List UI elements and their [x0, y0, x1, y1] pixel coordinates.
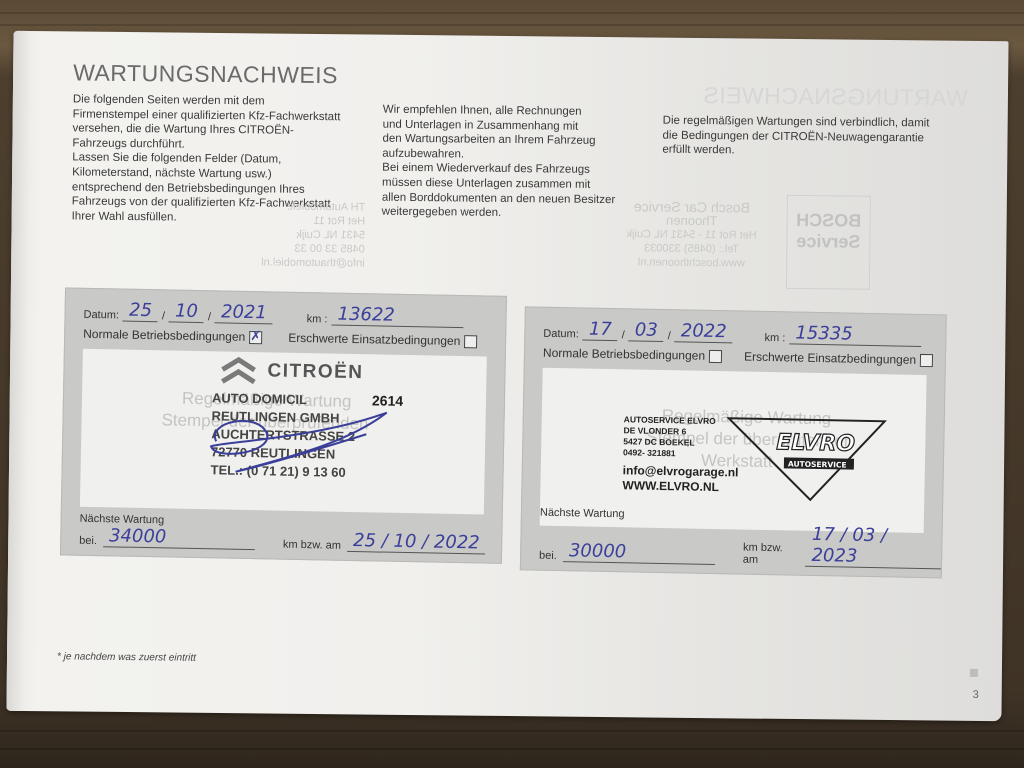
dealer-contact: info@elvrogarage.nl WWW.ELVRO.NL — [622, 463, 738, 495]
date-label: Datum: — [83, 309, 119, 322]
normal-conditions-checkbox[interactable] — [709, 349, 722, 362]
stamp-line: 0492- 321881 — [623, 447, 715, 460]
severe-conditions-label: Erschwerte Einsatzbedingungen — [744, 350, 916, 367]
service-entry-2: Datum: 17/ 03/ 2022 km : 15335 Normale B… — [520, 306, 947, 578]
dealer-website: WWW.ELVRO.NL — [622, 478, 738, 495]
text-line: TH Automobiele — [262, 199, 366, 214]
footnote: * je nachdem was zuerst eintritt — [57, 651, 196, 663]
svg-text:ELVRO: ELVRO — [776, 430, 855, 457]
at-label: bei. — [79, 535, 97, 547]
bosch-logo-bleedthrough: BOSCH Service — [786, 195, 871, 290]
service-entry-1: Datum: 25/ 10/ 2021 km : 13622 Normale B… — [60, 287, 507, 563]
conditions-row: Normale Betriebsbedingungen Erschwerte E… — [543, 346, 933, 367]
svg-text:AUTOSERVICE: AUTOSERVICE — [788, 459, 847, 469]
normal-conditions-checkbox[interactable] — [249, 330, 262, 343]
page-binding-edge — [6, 31, 31, 711]
ghost-title-bleedthrough: WARTUNGSNACHWEIS — [703, 82, 968, 112]
text-line: Tel.: (0485) 330033 — [626, 241, 756, 256]
at-label: bei. — [539, 550, 557, 562]
km-field[interactable]: 13622 — [331, 304, 463, 329]
date-year-field[interactable]: 2022 — [675, 320, 733, 343]
text-line: Het Rot 11 - 5431 NL Cuijk — [626, 227, 756, 242]
date-year-field[interactable]: 2021 — [215, 301, 273, 324]
normal-conditions-label: Normale Betriebsbedingungen — [83, 327, 245, 344]
text-line: BOSCH — [788, 210, 870, 232]
text-line: erfüllt werden. — [662, 143, 962, 161]
next-service: Nächste Wartung bei. 30000 km bzw. am 17… — [539, 507, 942, 570]
normal-conditions-label: Normale Betriebsbedingungen — [543, 346, 705, 363]
page-marker-icon — [970, 669, 978, 677]
or-date-label: km bzw. am — [743, 542, 800, 567]
ghost-stamp-left: TH Automobiele Het Rot 11 5431 NL Cuijk … — [261, 199, 365, 270]
date-day-field[interactable]: 17 — [583, 318, 618, 341]
date-km-row: Datum: 17/ 03/ 2022 km : 15335 — [543, 318, 921, 347]
next-date-field[interactable]: 17 / 03 / 2023 — [805, 524, 941, 570]
date-month-field[interactable]: 10 — [169, 300, 204, 323]
severe-conditions-label: Erschwerte Einsatzbedingungen — [288, 331, 460, 348]
text-line: info@thautomobiel.nl — [261, 255, 365, 270]
text-line: Service — [787, 231, 869, 253]
text-line: weitergegeben werden. — [382, 205, 642, 222]
page-number: 3 — [973, 689, 979, 701]
citroen-chevrons-icon — [219, 355, 258, 386]
conditions-row: Normale Betriebsbedingungen Erschwerte E… — [83, 327, 477, 349]
signature-scribble-icon — [195, 401, 396, 485]
elvro-logo-icon: ELVRO AUTOSERVICE — [725, 416, 887, 504]
logbook-page: WARTUNGSNACHWEIS WARTUNGSNACHWEIS Die fo… — [6, 31, 1008, 721]
text-line: 0485 33 00 33 — [261, 241, 365, 256]
next-km-field[interactable]: 30000 — [563, 540, 715, 565]
severe-conditions-checkbox[interactable] — [920, 353, 933, 366]
stamp-area: Regelmäßige Wartung Stempel der überprüf… — [80, 349, 487, 515]
or-date-label: km bzw. am — [283, 539, 341, 552]
text-line: 5431 NL Cuijk — [261, 227, 365, 242]
km-label: km : — [307, 313, 328, 325]
brand-name: CITROËN — [267, 360, 363, 384]
next-km-field[interactable]: 34000 — [103, 525, 255, 550]
intro-text-col3: Die regelmäßigen Wartungen sind verbindl… — [662, 114, 962, 161]
text-line: Het Rot 11 — [262, 213, 366, 228]
next-date-field[interactable]: 25 / 10 / 2022 — [347, 530, 486, 555]
text-line: www.boschthoonen.nl — [626, 255, 756, 270]
dealer-stamp: AUTOSERVICE ELVRO DE VLONDER 6 5427 DC B… — [623, 414, 716, 460]
citroen-logo: CITROËN — [219, 355, 364, 388]
severe-conditions-checkbox[interactable] — [464, 335, 477, 348]
next-service: Nächste Wartung bei. 34000 km bzw. am 25… — [79, 513, 486, 555]
date-label: Datum: — [543, 328, 579, 341]
km-field[interactable]: 15335 — [789, 322, 921, 347]
text-line: Thoonen — [627, 213, 757, 228]
ghost-stamp-right: Bosch Car Service Thoonen Het Rot 11 - 5… — [626, 199, 757, 270]
date-day-field[interactable]: 25 — [123, 300, 158, 323]
date-km-row: Datum: 25/ 10/ 2021 km : 13622 — [83, 299, 463, 328]
date-month-field[interactable]: 03 — [629, 319, 664, 342]
intro-text-col2: Wir empfehlen Ihnen, alle Rechnungen und… — [382, 103, 643, 222]
km-label: km : — [764, 332, 785, 344]
page-title: WARTUNGSNACHWEIS — [73, 59, 338, 89]
